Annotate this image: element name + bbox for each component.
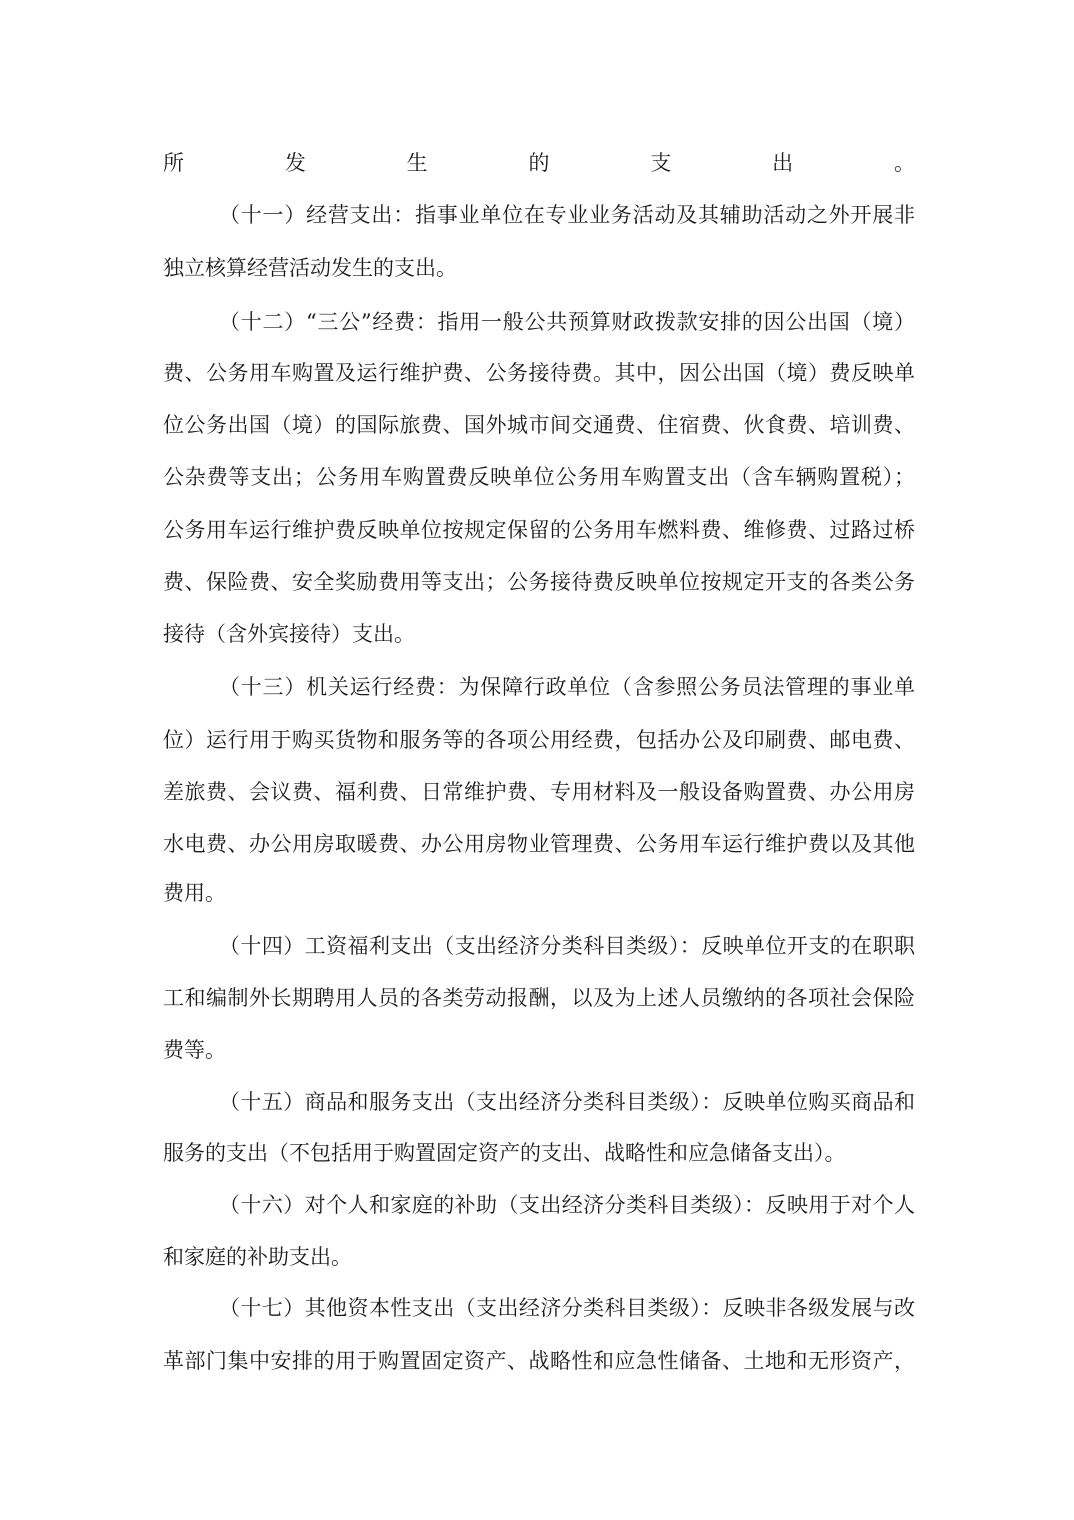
paragraph-line: 水电费、办公用房取暖费、办公用房物业管理费、公务用车运行维护费以及其他 bbox=[163, 829, 915, 859]
paragraph-line: 独立核算经营活动发生的支出。 bbox=[163, 253, 915, 283]
paragraph-line: 差旅费、会议费、福利费、日常维护费、专用材料及一般设备购置费、办公用房 bbox=[163, 777, 915, 807]
paragraph-line-item-13: （十三）机关运行经费：为保障行政单位（含参照公务员法管理的事业单 bbox=[219, 672, 915, 702]
paragraph-line: 位）运行用于购买货物和服务等的各项公用经费，包括办公及印刷费、邮电费、 bbox=[163, 725, 915, 755]
paragraph-line-item-11: （十一）经营支出：指事业单位在专业业务活动及其辅助活动之外开展非 bbox=[219, 200, 915, 230]
paragraph-line: 接待（含外宾接待）支出。 bbox=[163, 619, 915, 649]
paragraph-line-item-12: （十二）“三公”经费：指用一般公共预算财政拨款安排的因公出国（境） bbox=[219, 307, 915, 337]
paragraph-line-item-14: （十四）工资福利支出（支出经济分类科目类级）：反映单位开支的在职职 bbox=[219, 931, 915, 961]
paragraph-line: 公杂费等支出；公务用车购置费反映单位公务用车购置支出（含车辆购置税）； bbox=[163, 462, 915, 492]
paragraph-line: 位公务出国（境）的国际旅费、国外城市间交通费、住宿费、伙食费、培训费、 bbox=[163, 410, 915, 440]
paragraph-line-item-17: （十七）其他资本性支出（支出经济分类科目类级）：反映非各级发展与改 bbox=[219, 1293, 915, 1323]
paragraph-line: 和家庭的补助支出。 bbox=[163, 1242, 915, 1272]
paragraph-line: 费用。 bbox=[163, 878, 915, 908]
paragraph-line: 服务的支出（不包括用于购置固定资产的支出、战略性和应急储备支出）。 bbox=[163, 1138, 915, 1168]
paragraph-line: 所发生的支出。 bbox=[163, 148, 915, 178]
paragraph-line-item-15: （十五）商品和服务支出（支出经济分类科目类级）：反映单位购买商品和 bbox=[219, 1087, 915, 1117]
paragraph-line-item-16: （十六）对个人和家庭的补助（支出经济分类科目类级）：反映用于对个人 bbox=[219, 1190, 915, 1220]
document-page: 所发生的支出。 （十一）经营支出：指事业单位在专业业务活动及其辅助活动之外开展非… bbox=[0, 0, 1074, 1520]
paragraph-line: 费、公务用车购置及运行维护费、公务接待费。其中，因公出国（境）费反映单 bbox=[163, 358, 915, 388]
paragraph-line: 革部门集中安排的用于购置固定资产、战略性和应急性储备、土地和无形资产， bbox=[163, 1346, 915, 1376]
paragraph-line: 工和编制外长期聘用人员的各类劳动报酬，以及为上述人员缴纳的各项社会保险 bbox=[163, 983, 915, 1013]
paragraph-line: 公务用车运行维护费反映单位按规定保留的公务用车燃料费、维修费、过路过桥 bbox=[163, 515, 915, 545]
paragraph-line: 费等。 bbox=[163, 1035, 915, 1065]
paragraph-line: 费、保险费、安全奖励费用等支出；公务接待费反映单位按规定开支的各类公务 bbox=[163, 567, 915, 597]
